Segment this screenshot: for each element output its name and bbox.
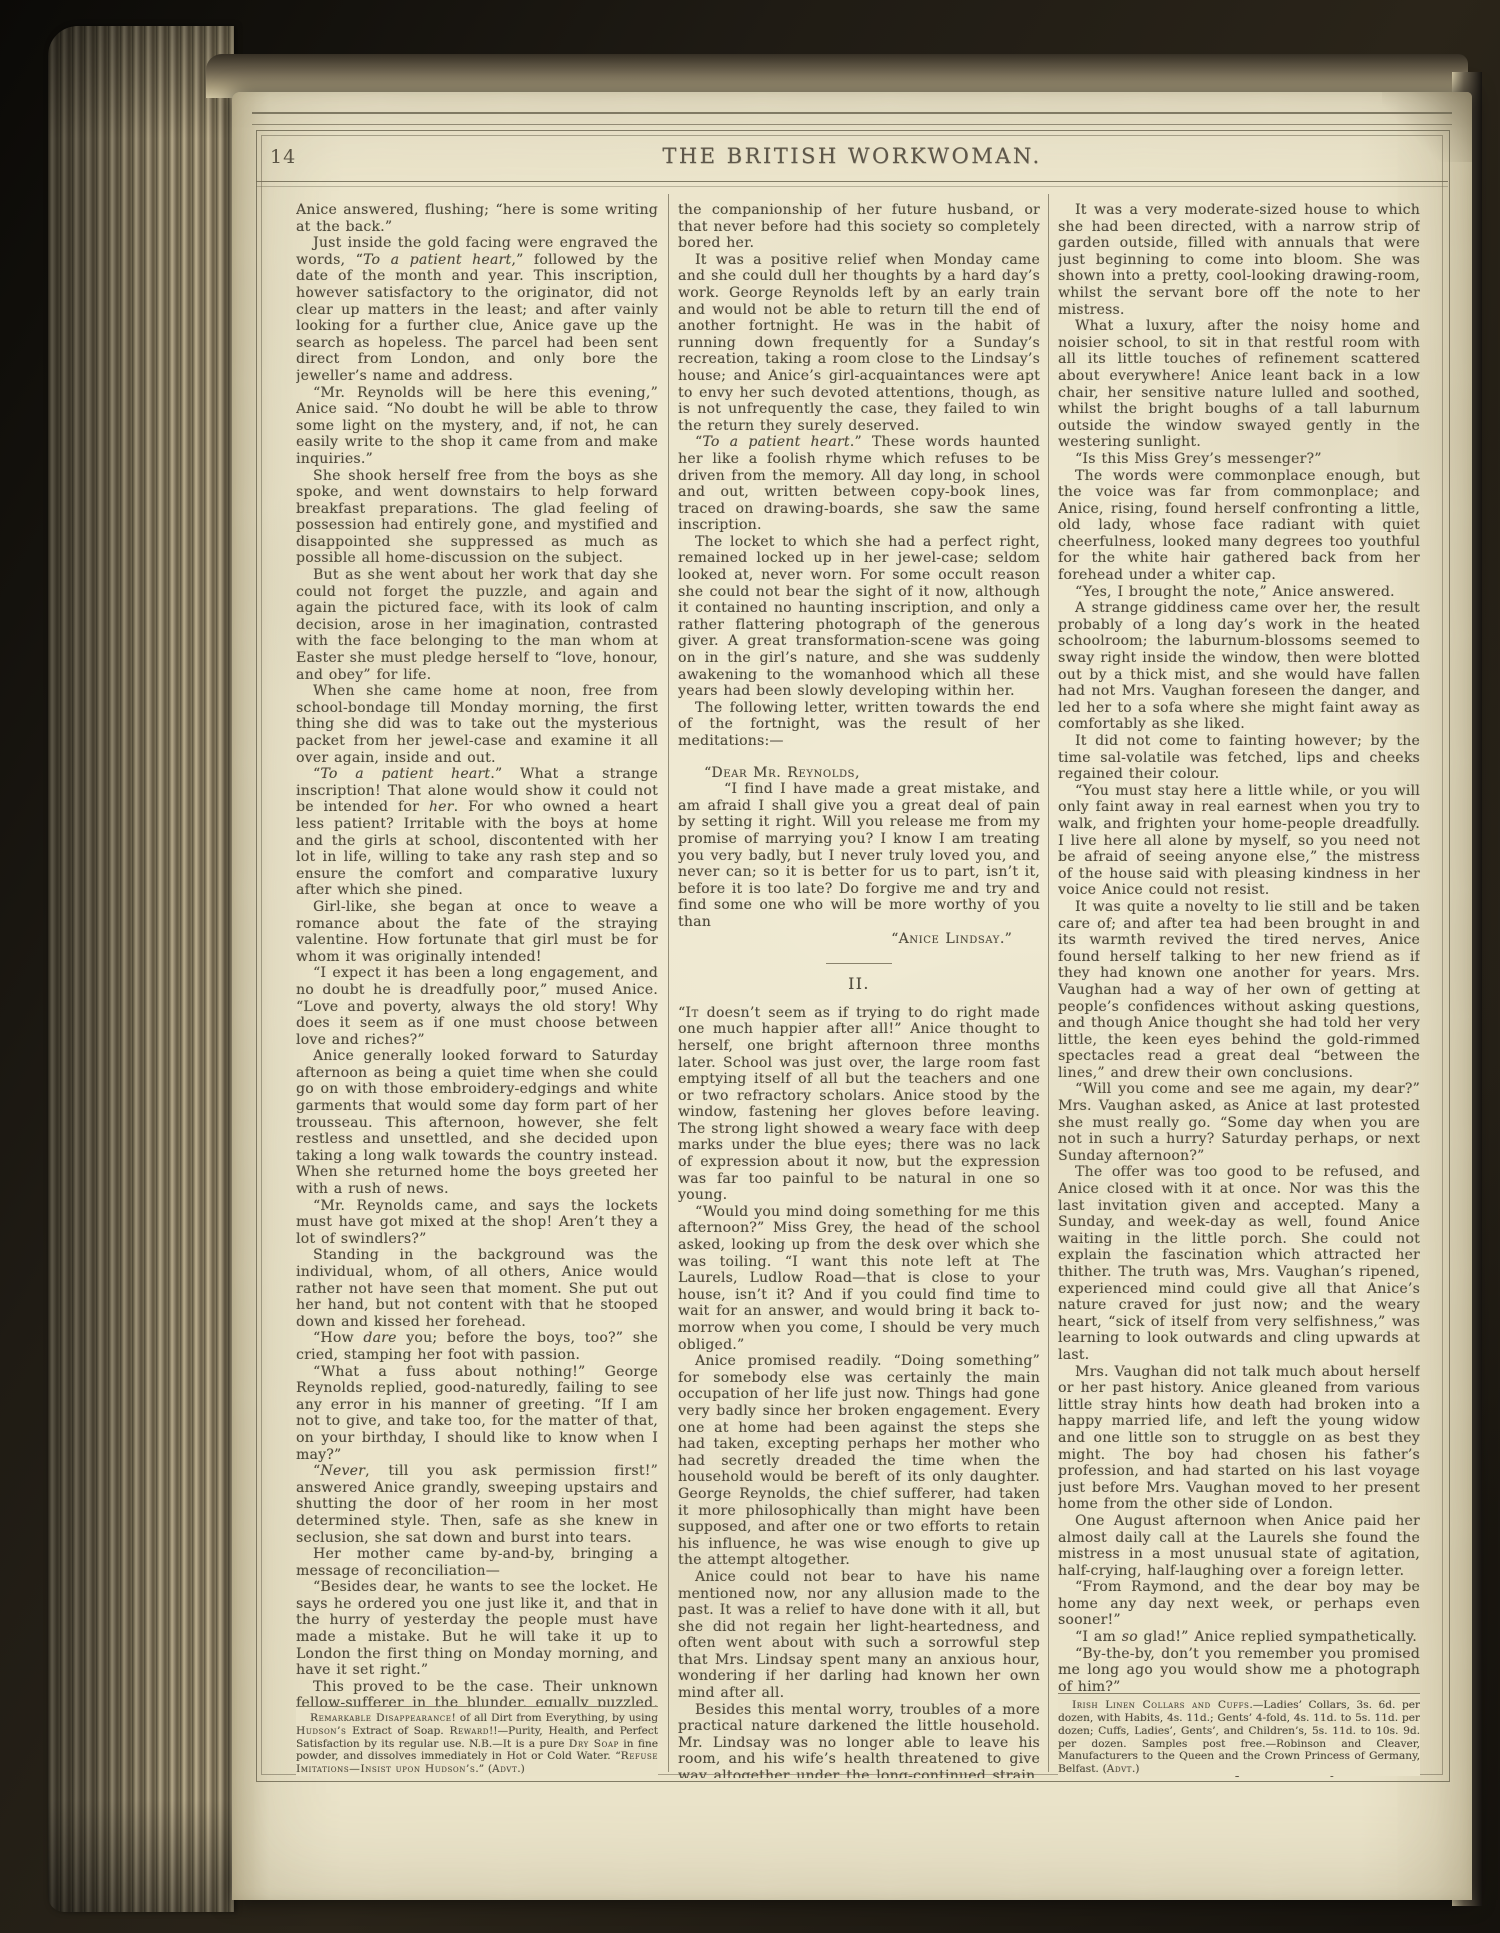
story-paragraph: She shook herself free from the boys as … [296,468,658,568]
story-paragraph: What a luxury, after the noisy home and … [1058,318,1420,451]
story-paragraph: “I expect it has been a long engagement,… [296,965,658,1048]
story-paragraph: “By-the-by, don’t you remember you promi… [1058,1646,1420,1696]
section-divider-rule [826,963,892,964]
story-paragraph: “To a patient heart.” These words haunte… [678,434,1040,534]
story-paragraph: “From Raymond, and the dear boy may be h… [1058,1579,1420,1629]
column-divider-1 [668,194,669,1772]
story-paragraph: “How dare you; before the boys, too?” sh… [296,1330,658,1363]
story-paragraph: The offer was too good to be refused, an… [1058,1164,1420,1363]
story-paragraph: But as she went about her work that day … [296,567,658,683]
top-border-rule-2 [252,124,1452,125]
story-paragraph: When she came home at noon, free from sc… [296,683,658,766]
book-page-stack-left [48,26,234,1912]
masthead-title: THE BRITISH WORKWOMAN. [256,144,1448,168]
story-paragraph: Besides this mental worry, troubles of a… [678,1702,1040,1778]
story-paragraph: “To a patient heart.” What a strange ins… [296,766,658,899]
story-paragraph: Anice generally looked forward to Saturd… [296,1048,658,1197]
story-paragraph: The following letter, written towards th… [678,700,1040,750]
story-paragraph: “Never, till you ask permission first!” … [296,1463,658,1546]
story-paragraph: Standing in the background was the indiv… [296,1247,658,1330]
story-paragraph: It was quite a novelty to lie still and … [1058,899,1420,1082]
story-paragraph: “Mr. Reynolds will be here this evening,… [296,385,658,468]
newspaper-page: 14 THE BRITISH WORKWOMAN. Anice answered… [232,92,1472,1900]
story-paragraph: It was a positive relief when Monday cam… [678,252,1040,435]
story-paragraph: It was a very moderate-sized house to wh… [1058,202,1420,318]
story-paragraph: “Yes, I brought the note,” Anice answere… [1058,584,1420,601]
story-paragraph: Anice could not bear to have his name me… [678,1569,1040,1702]
header-rule [256,181,1448,182]
column-divider-2 [1048,194,1049,1772]
story-paragraph: “Dear Mr. Reynolds, [678,765,1040,782]
top-border-rule [252,112,1452,114]
story-paragraph: Girl-like, she began at once to weave a … [296,899,658,965]
story-paragraph: “What a fuss about nothing!” George Reyn… [296,1364,658,1464]
story-paragraph: “Is this Miss Grey’s messenger?” [1058,451,1420,468]
story-paragraph: It did not come to fainting however; by … [1058,733,1420,783]
story-paragraph: “I find I have made a great mistake, and… [678,781,1040,930]
advert-footnote: Irish Linen Collars and Cuffs.—Ladies’ C… [1058,1693,1420,1776]
story-paragraph: “It doesn’t seem as if trying to do righ… [678,1005,1040,1204]
story-paragraph: “You must stay here a little while, or y… [1058,783,1420,899]
text-column-2: the companionship of her future husband,… [678,202,1040,1778]
text-column-3: It was a very moderate-sized house to wh… [1058,202,1420,1778]
story-paragraph: “Besides dear, he wants to see the locke… [296,1579,658,1679]
story-paragraph: “Will you come and see me again, my dear… [1058,1081,1420,1164]
story-paragraph: Just inside the gold facing were engrave… [296,235,658,384]
story-paragraph: “Would you mind doing something for me t… [678,1204,1040,1353]
story-paragraph: Mrs. Vaughan did not talk much about her… [1058,1364,1420,1513]
letter-signature: “Anice Lindsay.” [678,931,1040,948]
story-paragraph: A strange giddiness came over her, the r… [1058,600,1420,733]
story-paragraph: the companionship of her future husband,… [678,202,1040,252]
advert-footnote: Remarkable Disappearance! of all Dirt fr… [296,1706,658,1776]
story-paragraph: Anice answered, flushing; “here is some … [296,202,658,235]
text-column-1: Anice answered, flushing; “here is some … [296,202,658,1778]
scanned-book-photo: 14 THE BRITISH WORKWOMAN. Anice answered… [0,0,1500,1933]
story-paragraph: Anice promised readily. “Doing something… [678,1353,1040,1569]
header-rule-2 [256,186,1448,187]
story-paragraph: The words were commonplace enough, but t… [1058,468,1420,584]
story-paragraph: “Mr. Reynolds came, and says the lockets… [296,1198,658,1248]
story-paragraph: “I am so glad!” Anice replied sympatheti… [1058,1629,1420,1646]
story-paragraph: One August afternoon when Anice paid her… [1058,1513,1420,1579]
story-paragraph: The locket to which she had a perfect ri… [678,534,1040,700]
story-paragraph: Her mother came by-and-by, bringing a me… [296,1546,658,1579]
chapter-heading: II. [678,976,1040,993]
